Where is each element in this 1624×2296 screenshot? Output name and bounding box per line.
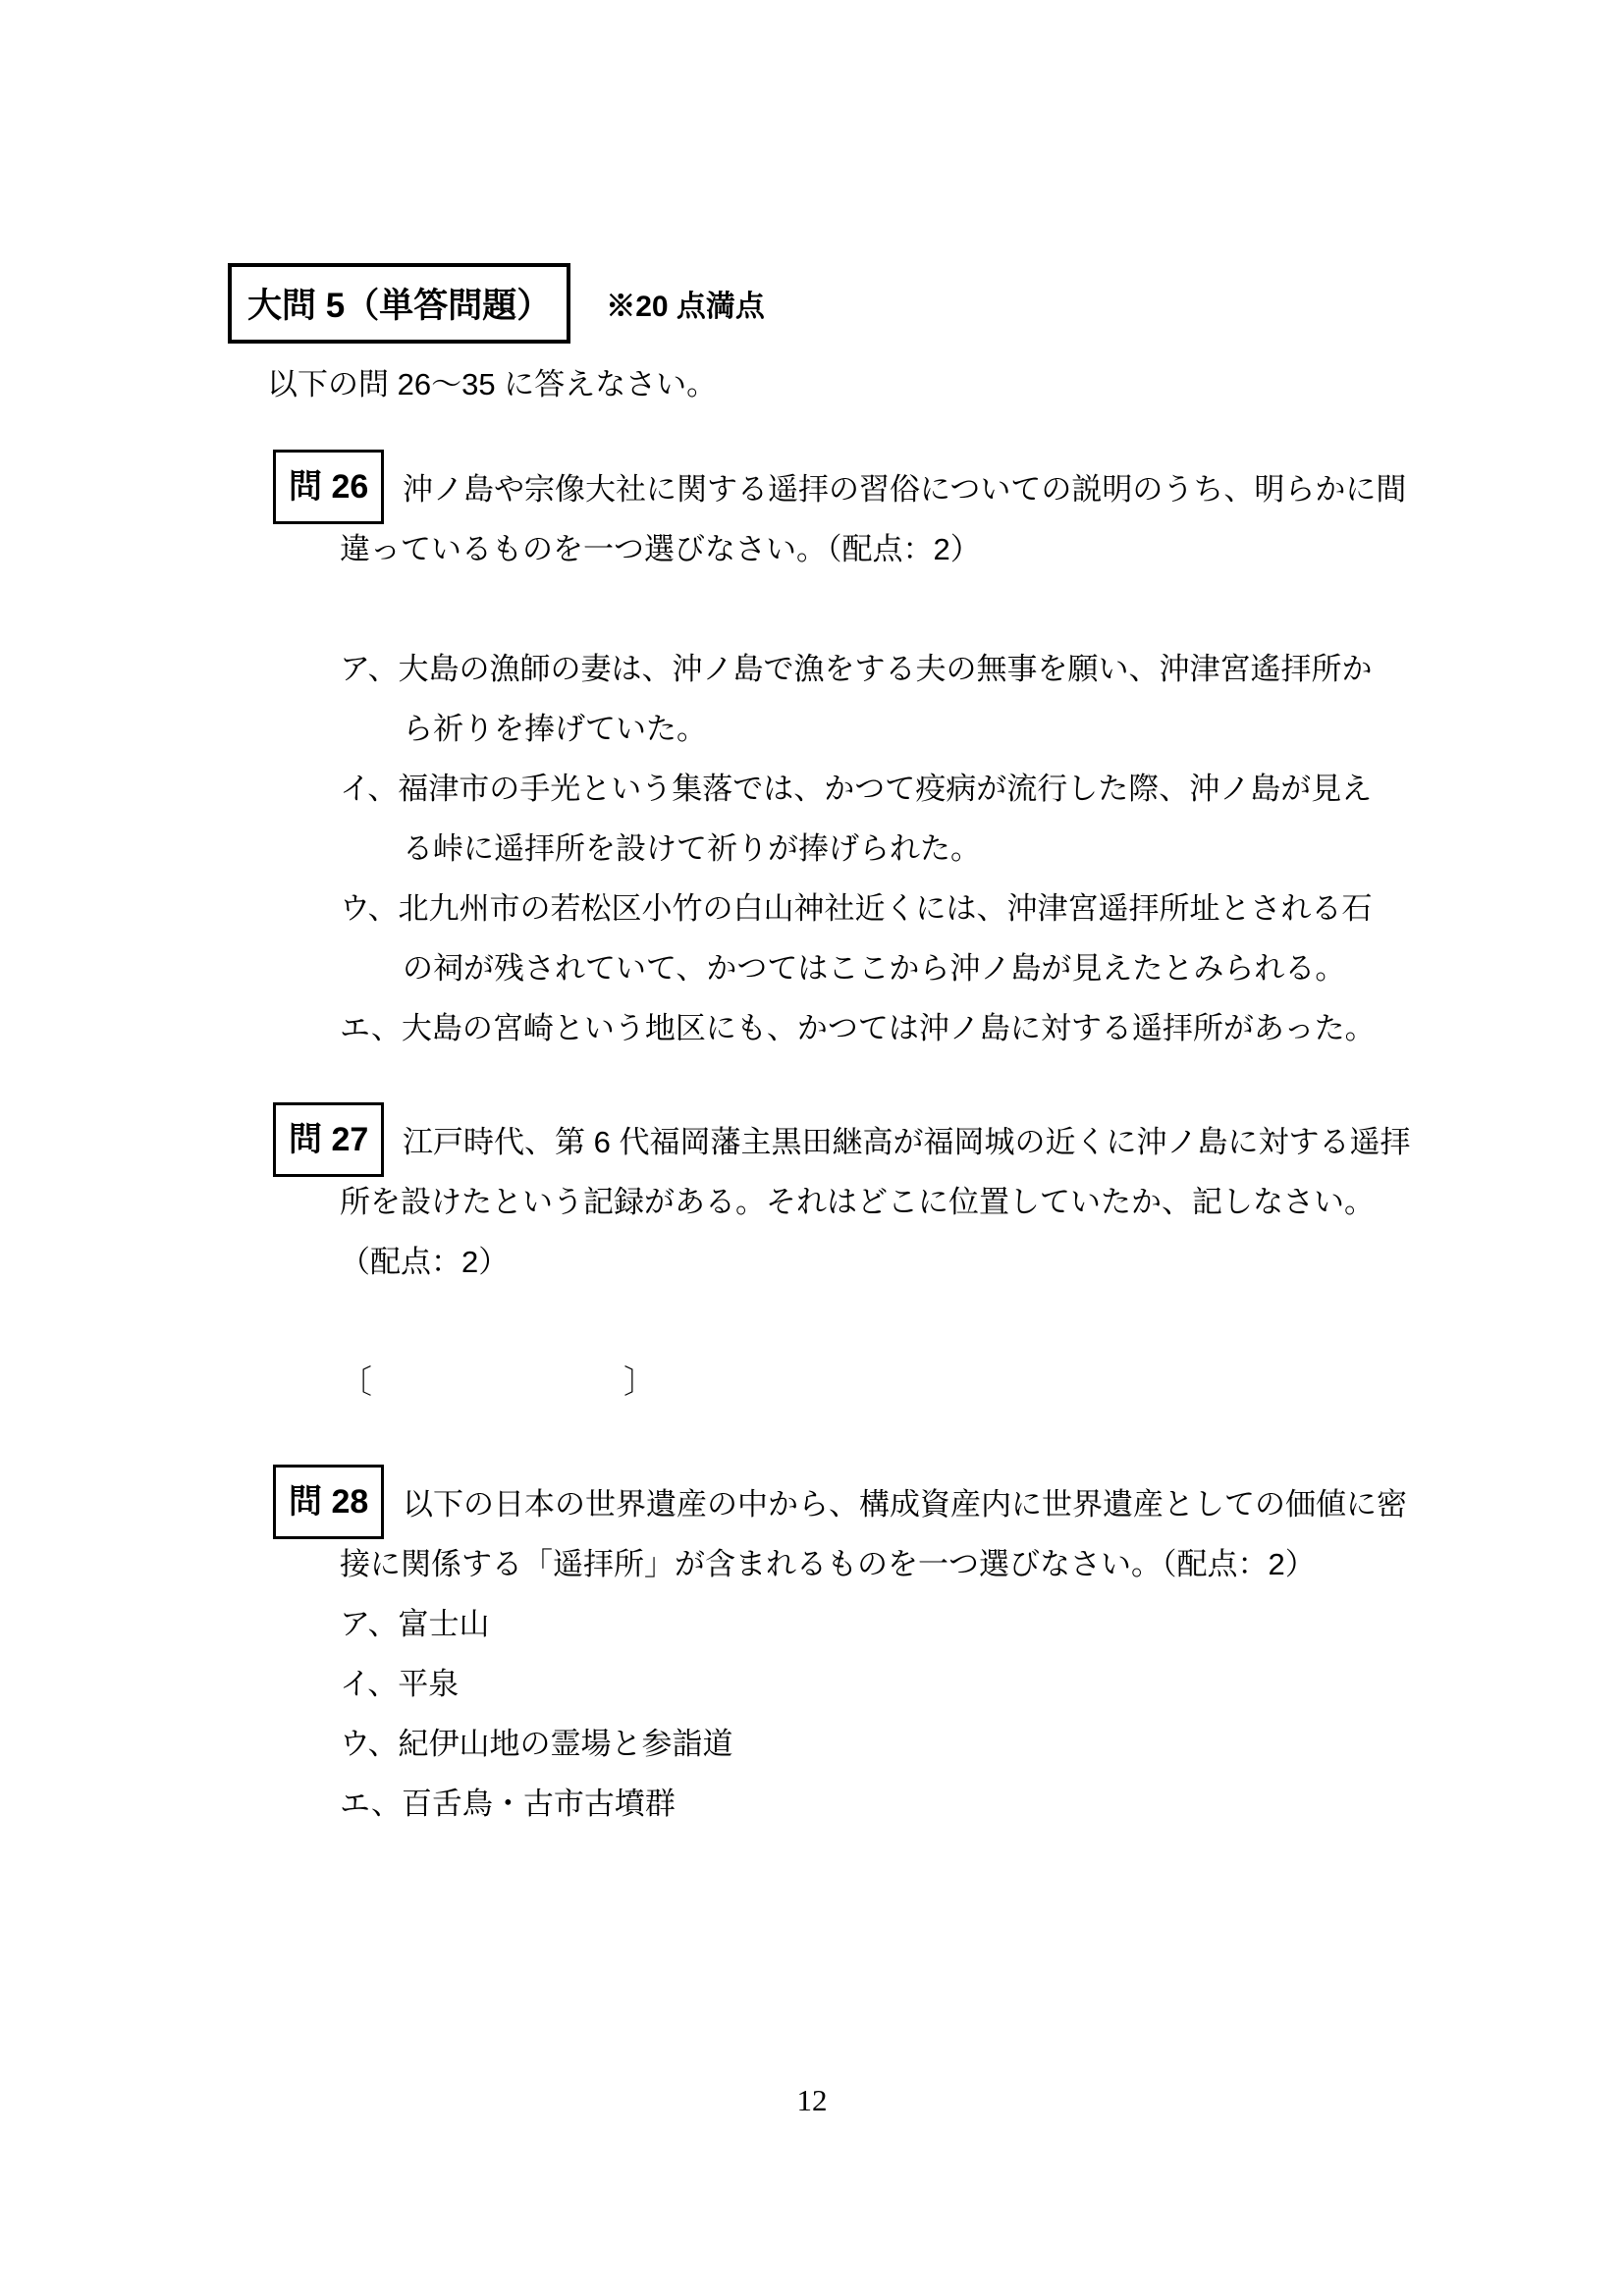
question-26-label: 問 26 [273,450,384,524]
question-26-statement-line-2: 違っているものを一つ選びなさい。（配点：2） [273,519,1422,579]
section-header: 大問 5（単答問題） ※20 点満点 以下の問 26～35 に答えなさい。 [228,263,765,403]
question-28-statement-line-1: 以下の日本の世界遺産の中から、構成資産内に世界遺産としての価値に密 [273,1474,1422,1534]
question-26-option-i-line-1: イ、福津市の手光という集落では、かつて疫病が流行した際、沖ノ島が見え [273,759,1422,819]
question-28-option-i: イ、平泉 [273,1654,1422,1714]
spacer [273,579,1422,639]
question-27: 問 27 江戸時代、第 6 代福岡藩主黒田継高が福岡城の近くに沖ノ島に対する遥拝… [273,1112,1422,1412]
spacer [273,1292,1422,1352]
section-title-box: 大問 5（単答問題） [228,263,570,344]
question-28-option-a: ア、富士山 [273,1594,1422,1654]
question-27-answer-area: 〔 〕 [340,1352,656,1412]
question-26-option-i-line-2: る峠に遥拝所を設けて祈りが捧げられた。 [273,819,1422,879]
question-28: 問 28 以下の日本の世界遺産の中から、構成資産内に世界遺産としての価値に密 接… [273,1474,1422,1834]
question-28-label: 問 28 [273,1465,384,1539]
question-28-statement-line-2: 接に関係する「遥拝所」が含まれるものを一つ選びなさい。（配点：2） [273,1534,1422,1594]
question-27-statement-line-2: 所を設けたという記録がある。それはどこに位置していたか、記しなさい。 [273,1172,1422,1232]
question-26-option-u-line-1: ウ、北九州市の若松区小竹の白山神社近くには、沖津宮遥拝所址とされる石 [273,879,1422,938]
question-26-statement-line-1: 沖ノ島や宗像大社に関する遥拝の習俗についての説明のうち、明らかに間 [273,459,1422,519]
question-27-label: 問 27 [273,1102,384,1177]
section-title: 大問 5（単答問題） [247,287,551,325]
points-note: ※20 点満点 [606,282,765,325]
answer-bracket-close: 〕 [623,1352,656,1412]
question-26-option-e: エ、大島の宮崎という地区にも、かつては沖ノ島に対する遥拝所があった。 [273,998,1422,1058]
question-26-option-a-line-1: ア、大島の漁師の妻は、沖ノ島で漁をする夫の無事を願い、沖津宮遙拝所か [273,639,1422,699]
question-26-option-u-line-2: の祠が残されていて、かつてはここから沖ノ島が見えたとみられる。 [273,938,1422,998]
exam-page: 大問 5（単答問題） ※20 点満点 以下の問 26～35 に答えなさい。 問 … [0,0,1624,2296]
question-28-option-u: ウ、紀伊山地の霊場と参詣道 [273,1714,1422,1774]
answer-bracket-open: 〔 [340,1352,372,1412]
section-instruction: 以下の問 26～35 に答えなさい。 [267,359,765,403]
question-26-option-a-line-2: ら祈りを捧げていた。 [273,699,1422,759]
question-27-statement-line-3: （配点：2） [273,1232,1422,1292]
question-28-option-e: エ、百舌鳥・古市古墳群 [273,1774,1422,1834]
question-26: 問 26 沖ノ島や宗像大社に関する遥拝の習俗についての説明のうち、明らかに間 違… [273,459,1422,1058]
page-number: 12 [0,2083,1624,2118]
question-27-statement-line-1: 江戸時代、第 6 代福岡藩主黒田継高が福岡城の近くに沖ノ島に対する遥拝 [273,1112,1422,1172]
